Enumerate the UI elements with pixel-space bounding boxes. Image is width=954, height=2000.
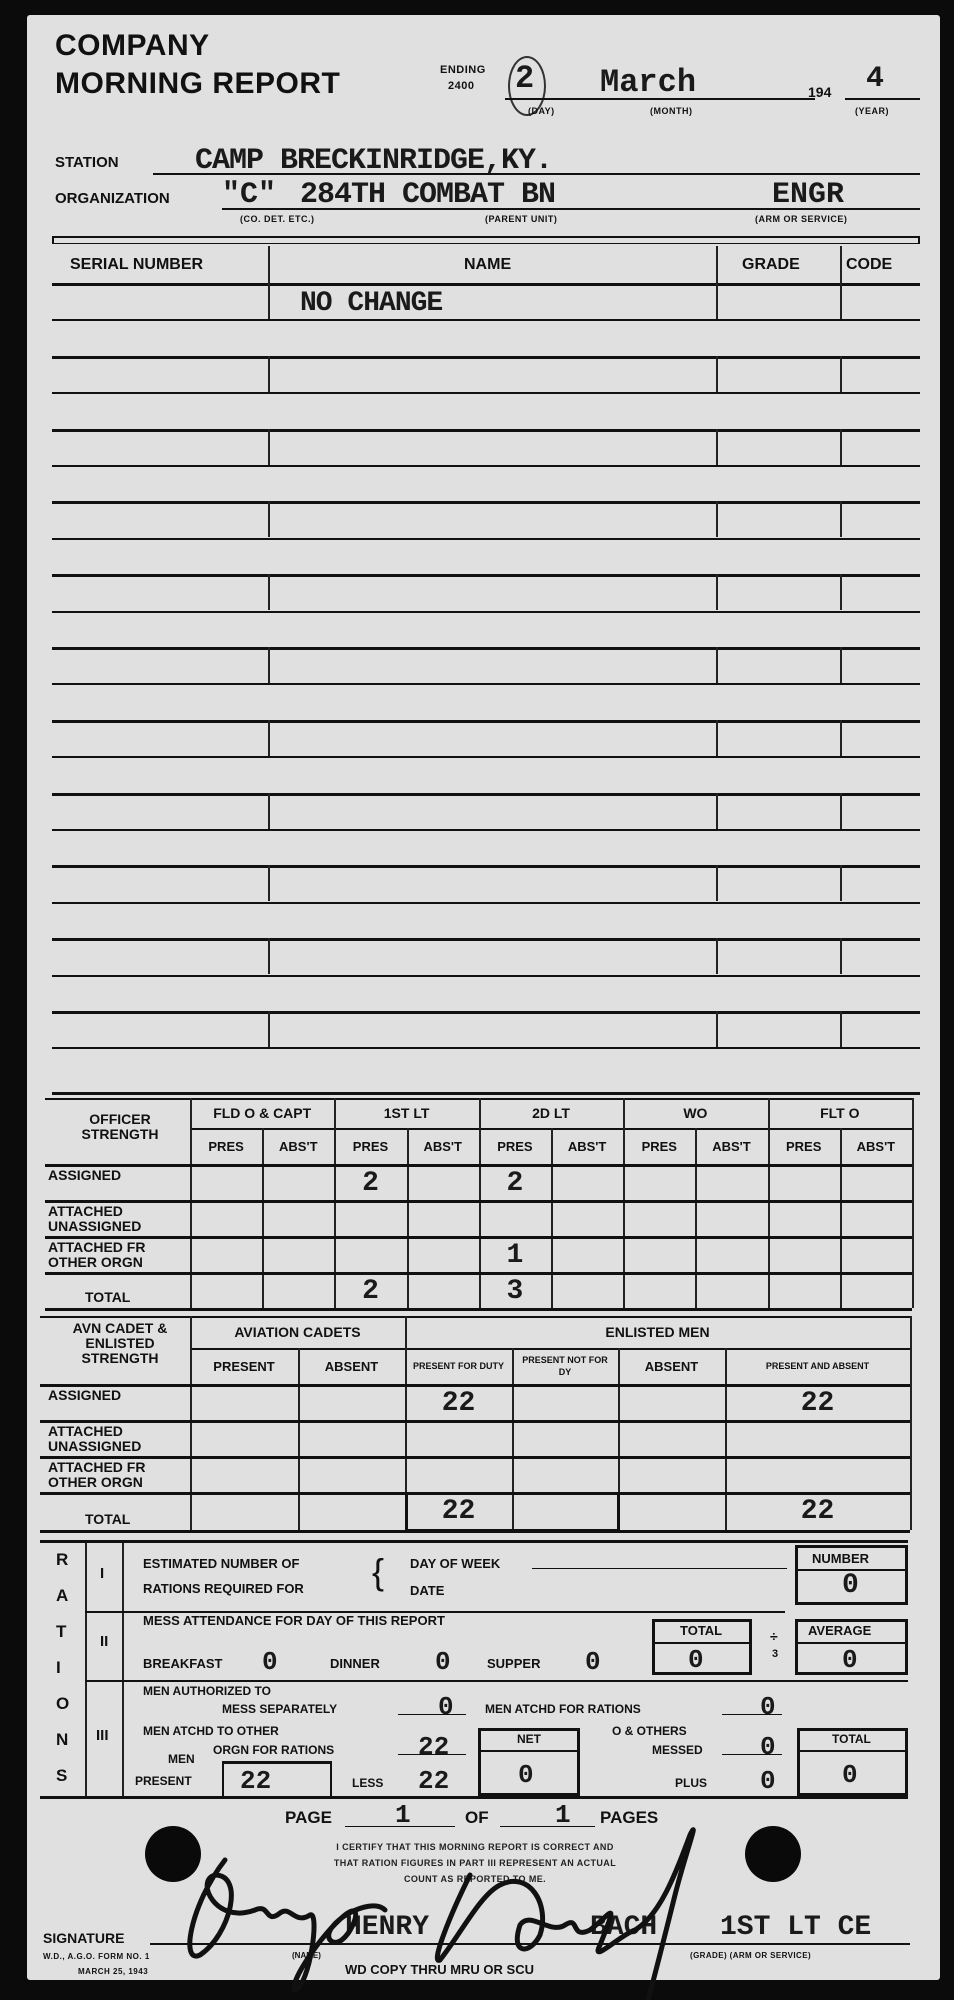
officer-group-header: FLT O [768,1098,912,1128]
officer-value: 2 [479,1166,551,1200]
roster-column-divider [716,865,718,901]
mess-attendance-label: MESS ATTENDANCE FOR DAY OF THIS REPORT [143,1613,445,1628]
roster-row-line [52,829,920,831]
enlisted-column-divider [190,1316,192,1530]
rations-required-label: RATIONS REQUIRED FOR [143,1581,304,1596]
number-label: NUMBER [812,1551,869,1566]
roster-bottom-border [52,1092,920,1095]
date-label: DATE [410,1583,444,1598]
rations-letter: N [56,1730,68,1750]
officer-subheader: PRES [190,1128,262,1164]
officer-bottom-border [45,1308,912,1311]
signature-label: SIGNATURE [43,1930,124,1946]
enlisted-subheader: ABSENT [618,1348,725,1384]
year-prefix: 194 [808,84,831,100]
roster-column-divider [716,429,718,465]
men-atchd-other-underline [398,1754,466,1755]
roster-column-divider [840,647,842,683]
roster-row-line [52,429,920,432]
parent-unit-caption: (PARENT UNIT) [485,214,557,224]
officer-value: 3 [479,1274,551,1308]
officer-subheader: ABS'T [695,1128,767,1164]
form-title-line2: MORNING REPORT [55,66,340,102]
men-atchd-other-label-2: ORGN FOR RATIONS [213,1743,334,1757]
roster-column-divider [716,1011,718,1047]
less-value: 22 [418,1766,449,1796]
officer-value: 2 [334,1166,406,1200]
others-messed-value: 0 [760,1732,776,1762]
rations-letter: S [56,1766,67,1786]
roster-row-line [52,1011,920,1014]
roster-row-line [52,683,920,685]
officer-subheader: ABS'T [407,1128,479,1164]
enlisted-subheader: ABSENT [298,1348,405,1384]
net-value: 0 [518,1760,534,1790]
roster-row-line [52,647,920,650]
name-header: NAME [464,256,511,274]
roster-header-divider [840,246,842,283]
form-title-line1: COMPANY [55,28,210,64]
rations-divider-2 [122,1543,124,1798]
officer-column-divider [912,1098,914,1308]
enlisted-row-label: ASSIGNED [48,1388,188,1403]
officer-row-label: ASSIGNED [48,1168,187,1183]
form-id-line-2: MARCH 25, 1943 [78,1967,148,1976]
roster-column-divider [268,1011,270,1047]
roster-column-divider [840,793,842,829]
officer-subheader: PRES [623,1128,695,1164]
roster-entry-name: NO CHANGE [300,288,442,319]
men-authorized-underline [398,1714,466,1715]
enlisted-subheader: PRESENT NOT FOR DY [512,1348,618,1384]
others-messed-underline [722,1754,782,1755]
rations-letter: A [56,1586,68,1606]
year-value: 4 [866,62,884,96]
ending-label: ENDING [440,64,486,76]
roster-top-border [52,236,920,244]
parent-unit-value: 284TH COMBAT BN [300,178,555,212]
rations-top-border [40,1540,908,1543]
rations-divider-1 [85,1543,87,1798]
station-label: STATION [55,154,119,171]
rations-total-box-divider [800,1750,905,1752]
rations-letter: T [56,1622,66,1642]
officer-column-divider [695,1128,697,1308]
officer-row-label: ATTACHED FR OTHER ORGN [48,1240,187,1270]
enlisted-value: 22 [725,1386,910,1420]
company-value: "C" [222,178,276,212]
men-authorized-label-2: MESS SEPARATELY [222,1702,337,1716]
company-caption: (CO. DET. ETC.) [240,214,315,224]
breakfast-label: BREAKFAST [143,1656,222,1671]
officer-group-header: FLD O & CAPT [190,1098,334,1128]
men-authorized-label-1: MEN AUTHORIZED TO [143,1684,271,1698]
average-label: AVERAGE [808,1623,871,1638]
roster-column-divider [840,865,842,901]
dinner-value: 0 [435,1647,451,1677]
officer-column-divider [551,1128,553,1308]
enlisted-value: 22 [725,1494,910,1528]
total-value: 0 [688,1645,704,1675]
officer-column-divider [768,1098,770,1308]
supper-label: SUPPER [487,1656,540,1671]
grade-caption: (GRADE) (ARM OR SERVICE) [690,1951,811,1960]
roster-row-line [52,465,920,467]
organization-underline [222,208,920,210]
year-underline [845,98,920,100]
month-caption: (MONTH) [650,106,693,116]
station-underline [153,173,920,175]
officer-subheader: PRES [768,1128,840,1164]
officer-group-header: WO [623,1098,767,1128]
roster-column-divider [268,356,270,392]
total-box-divider [655,1642,749,1644]
month-value: March [600,64,696,101]
less-label: LESS [352,1776,383,1790]
roster-column-divider [716,283,718,319]
roster-column-divider [268,501,270,537]
enlisted-strength-title: AVN CADET & ENLISTED STRENGTH [60,1321,180,1366]
enlisted-row-line [40,1456,910,1459]
name-caption: (NAME) [292,1951,321,1960]
roster-row-line [52,356,920,359]
rations-bottom-border [40,1796,908,1799]
officer-row-label: ATTACHED UNASSIGNED [48,1204,187,1234]
others-messed-label-1: O & OTHERS [612,1724,687,1738]
punch-hole-right [745,1826,801,1882]
section-iii-numeral: III [96,1727,109,1744]
men-present-label-1: MEN [168,1752,195,1766]
roster-column-divider [716,574,718,610]
officer-column-divider [407,1128,409,1308]
roster-header-divider [716,246,718,283]
men-atchd-other-value: 22 [418,1732,449,1762]
enlisted-column-divider [298,1348,300,1530]
enlisted-bottom-border [40,1530,910,1533]
day-of-week-label: DAY OF WEEK [410,1556,500,1571]
roster-row-line [52,319,920,321]
average-value: 0 [842,1645,858,1675]
roster-column-divider [840,283,842,319]
net-box-divider [481,1750,577,1752]
roster-column-divider [716,501,718,537]
men-atchd-rations-label: MEN ATCHD FOR RATIONS [485,1702,641,1716]
typed-grade: 1ST LT CE [720,1912,871,1943]
roster-header-divider [268,246,270,283]
copy-note: WD COPY THRU MRU OR SCU [345,1962,534,1977]
roster-row-line [52,793,920,796]
men-atchd-rations-value: 0 [760,1692,776,1722]
enlisted-row-label: TOTAL [85,1512,225,1527]
officer-row-line [45,1200,912,1203]
enlisted-row-label: ATTACHED FR OTHER ORGN [48,1460,188,1490]
roster-row-line [52,720,920,723]
divide-by-value: 3 [772,1648,778,1660]
roster-column-divider [268,938,270,974]
men-present-label-2: PRESENT [135,1774,192,1788]
ending-time-label: 2400 [448,80,474,92]
officer-group-header: 2D LT [479,1098,623,1128]
officer-value: 1 [479,1238,551,1272]
roster-row-line [52,501,920,504]
roster-column-divider [268,283,270,319]
roster-column-divider [716,647,718,683]
others-messed-label-2: MESSED [652,1743,703,1757]
section-i-numeral: I [100,1565,104,1582]
roster-column-divider [716,356,718,392]
rations-section-divider-2 [85,1680,908,1682]
rations-total-label: TOTAL [832,1732,871,1746]
divide-icon: ÷ [770,1628,778,1644]
grade-header: GRADE [742,256,800,274]
roster-column-divider [268,429,270,465]
average-box-divider [798,1642,905,1644]
enlisted-subheader: PRESENT AND ABSENT [725,1348,910,1384]
officer-group-header: 1ST LT [334,1098,478,1128]
roster-column-divider [716,793,718,829]
roster-column-divider [268,793,270,829]
code-header: CODE [846,256,892,274]
rations-letter: O [56,1694,69,1714]
men-atchd-other-label-1: MEN ATCHD TO OTHER [143,1724,279,1738]
roster-row-line [52,902,920,904]
enlisted-men-header: ENLISTED MEN [405,1316,910,1348]
enlisted-row-label: ATTACHED UNASSIGNED [48,1424,188,1454]
form-id-line-1: W.D., A.G.O. FORM NO. 1 [43,1952,150,1961]
officer-value: 2 [334,1274,406,1308]
roster-row-line [52,756,920,758]
roster-row-line [52,283,920,286]
enlisted-subheader: PRESENT [190,1348,298,1384]
roster-column-divider [268,865,270,901]
roster-column-divider [840,429,842,465]
rations-letter: I [56,1658,61,1678]
officer-row-label: TOTAL [85,1290,224,1305]
section-ii-numeral: II [100,1633,108,1650]
roster-row-line [52,865,920,868]
number-value: 0 [842,1570,859,1601]
roster-column-divider [268,574,270,610]
men-atchd-rations-underline [722,1714,782,1715]
day-caption: (DAY) [528,106,555,116]
officer-subheader: ABS'T [551,1128,623,1164]
roster-column-divider [268,647,270,683]
officer-subheader: ABS'T [840,1128,912,1164]
supper-value: 0 [585,1647,601,1677]
estimated-number-label: ESTIMATED NUMBER OF [143,1556,299,1571]
roster-row-line [52,1047,920,1049]
roster-column-divider [840,720,842,756]
brace-icon: { [372,1552,384,1592]
roster-row-line [52,574,920,577]
arm-service-value: ENGR [772,178,844,212]
roster-row-line [52,975,920,977]
total-label: TOTAL [680,1623,722,1638]
plus-label: PLUS [675,1776,707,1790]
enlisted-subheader: PRESENT FOR DUTY [405,1348,512,1384]
roster-column-divider [840,574,842,610]
officer-strength-title: OFFICER STRENGTH [65,1112,175,1142]
rations-total-value: 0 [842,1760,858,1790]
day-of-week-field[interactable] [532,1568,787,1569]
roster-row-line [52,392,920,394]
officer-column-divider [262,1128,264,1308]
enlisted-value: 22 [405,1386,512,1420]
organization-label: ORGANIZATION [55,190,170,207]
roster-column-divider [840,1011,842,1047]
officer-column-divider [840,1128,842,1308]
officer-column-divider [623,1098,625,1308]
men-present-box [222,1761,332,1797]
roster-column-divider [716,720,718,756]
roster-column-divider [268,720,270,756]
roster-column-divider [840,501,842,537]
breakfast-value: 0 [262,1647,278,1677]
officer-subheader: ABS'T [262,1128,334,1164]
roster-column-divider [840,938,842,974]
men-authorized-value: 0 [438,1692,454,1722]
enlisted-row-line [40,1420,910,1423]
aviation-cadets-header: AVIATION CADETS [190,1316,405,1348]
officer-column-divider [190,1098,192,1308]
roster-row-line [52,938,920,941]
roster-row-line [52,538,920,540]
date-underline [505,98,815,100]
serial-number-header: SERIAL NUMBER [70,256,203,274]
dinner-label: DINNER [330,1656,380,1671]
men-present-value: 22 [240,1766,271,1796]
rations-letter: R [56,1550,68,1570]
present-total-box [405,1492,620,1532]
net-label: NET [517,1732,541,1746]
officer-subheader: PRES [334,1128,406,1164]
arm-caption: (ARM OR SERVICE) [755,214,847,224]
year-caption: (YEAR) [855,106,889,116]
roster-column-divider [716,938,718,974]
roster-row-line [52,611,920,613]
enlisted-column-divider [910,1316,912,1530]
officer-subheader: PRES [479,1128,551,1164]
roster-column-divider [840,356,842,392]
plus-value: 0 [760,1766,776,1796]
